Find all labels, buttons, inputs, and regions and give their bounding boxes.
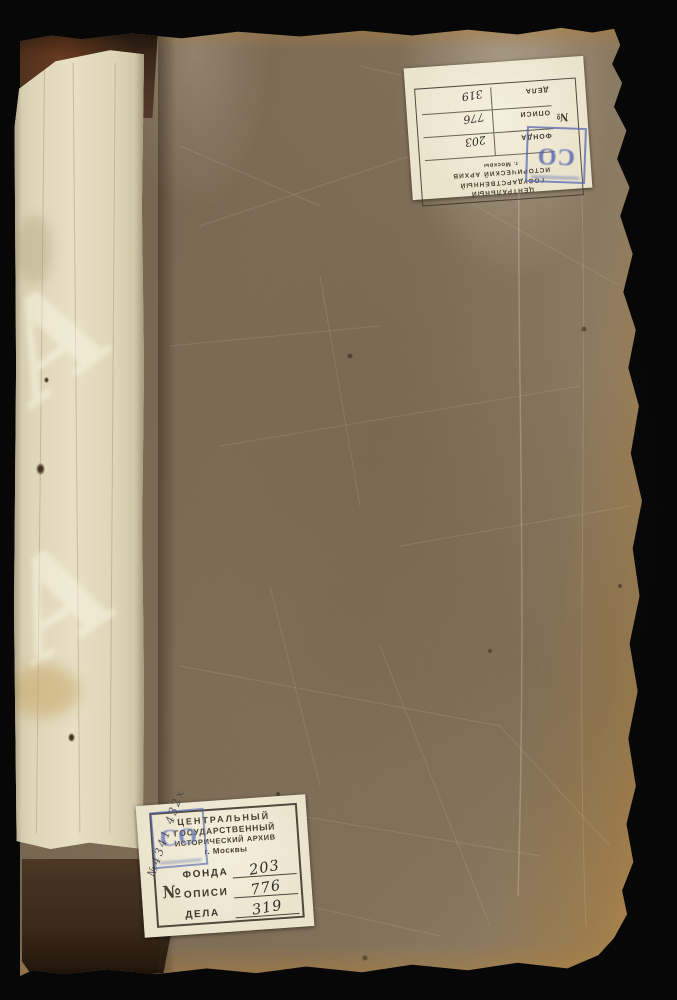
parchment-fold-line [36,63,45,833]
row-label: ДЕЛА [185,907,236,922]
blue-ink-stamp-top: СО [525,126,587,184]
blue-stamp-letters: СО [537,141,576,169]
watermark-letter: А [0,509,143,692]
row-label: ДЕЛА [492,83,551,96]
parchment-spine-strip: А А [14,47,144,849]
ink-spot [44,377,49,383]
ink-spot [68,733,75,742]
smudge-stain [18,215,52,285]
blue-stamp-small-text [532,175,579,180]
row-value-handwritten: 776 [463,110,486,126]
row-value-handwritten: 319 [461,87,484,103]
blue-stamp-small-text [160,858,202,865]
ink-spot [36,463,45,475]
row-value-handwritten: 203 [464,133,487,149]
tan-stain [8,665,80,717]
photo-background: А А ЦЕНТРАЛЬНЫЙ ГОСУДАРСТВЕННЫЙ ИСТОРИЧЕ… [0,0,677,1000]
row-value-handwritten: 319 [251,898,284,919]
parchment-fold-line [73,63,81,833]
parchment-fold-line [109,63,115,833]
watermark-letter: А [0,249,138,432]
